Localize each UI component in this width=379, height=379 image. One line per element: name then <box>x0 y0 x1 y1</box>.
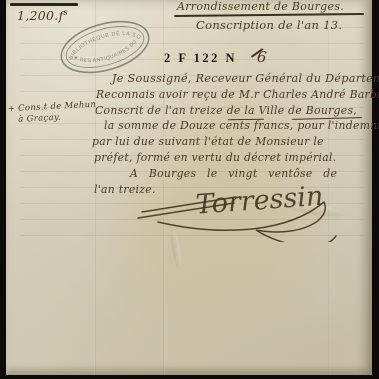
body-line: la somme de Douze cents francs, pour l'i… <box>88 118 363 134</box>
body-line: Reconnais avoir reçu de M.r Charles Andr… <box>88 87 363 103</box>
conscription-line: Conscription de l'an 13. <box>196 18 342 32</box>
amount-value: 1,200. <box>17 8 59 23</box>
signature-flourish-icon: Torressin <box>128 170 368 242</box>
signature-block: Torressin <box>128 170 368 242</box>
amount-figure: 1,200.fs <box>17 8 68 23</box>
body-line: par lui due suivant l'état de Monsieur l… <box>88 134 363 150</box>
body-line: Je Soussigné, Receveur Général du Départ… <box>88 71 363 87</box>
amount-overline-rule <box>10 3 78 6</box>
arrondissement-line: Arrondissement de Bourges. <box>177 0 344 13</box>
body-line: préfet, formé en vertu du décret impéria… <box>88 150 363 166</box>
registry-code-printed: 2 F 122 N <box>164 51 237 66</box>
amount-sup: s <box>64 8 68 17</box>
body-line: Conscrit de l'an treize de la Ville de B… <box>88 103 363 119</box>
registry-number: 6 <box>256 48 268 67</box>
margin-note: + Cons.t de Mehun à Graçay. <box>7 100 97 127</box>
